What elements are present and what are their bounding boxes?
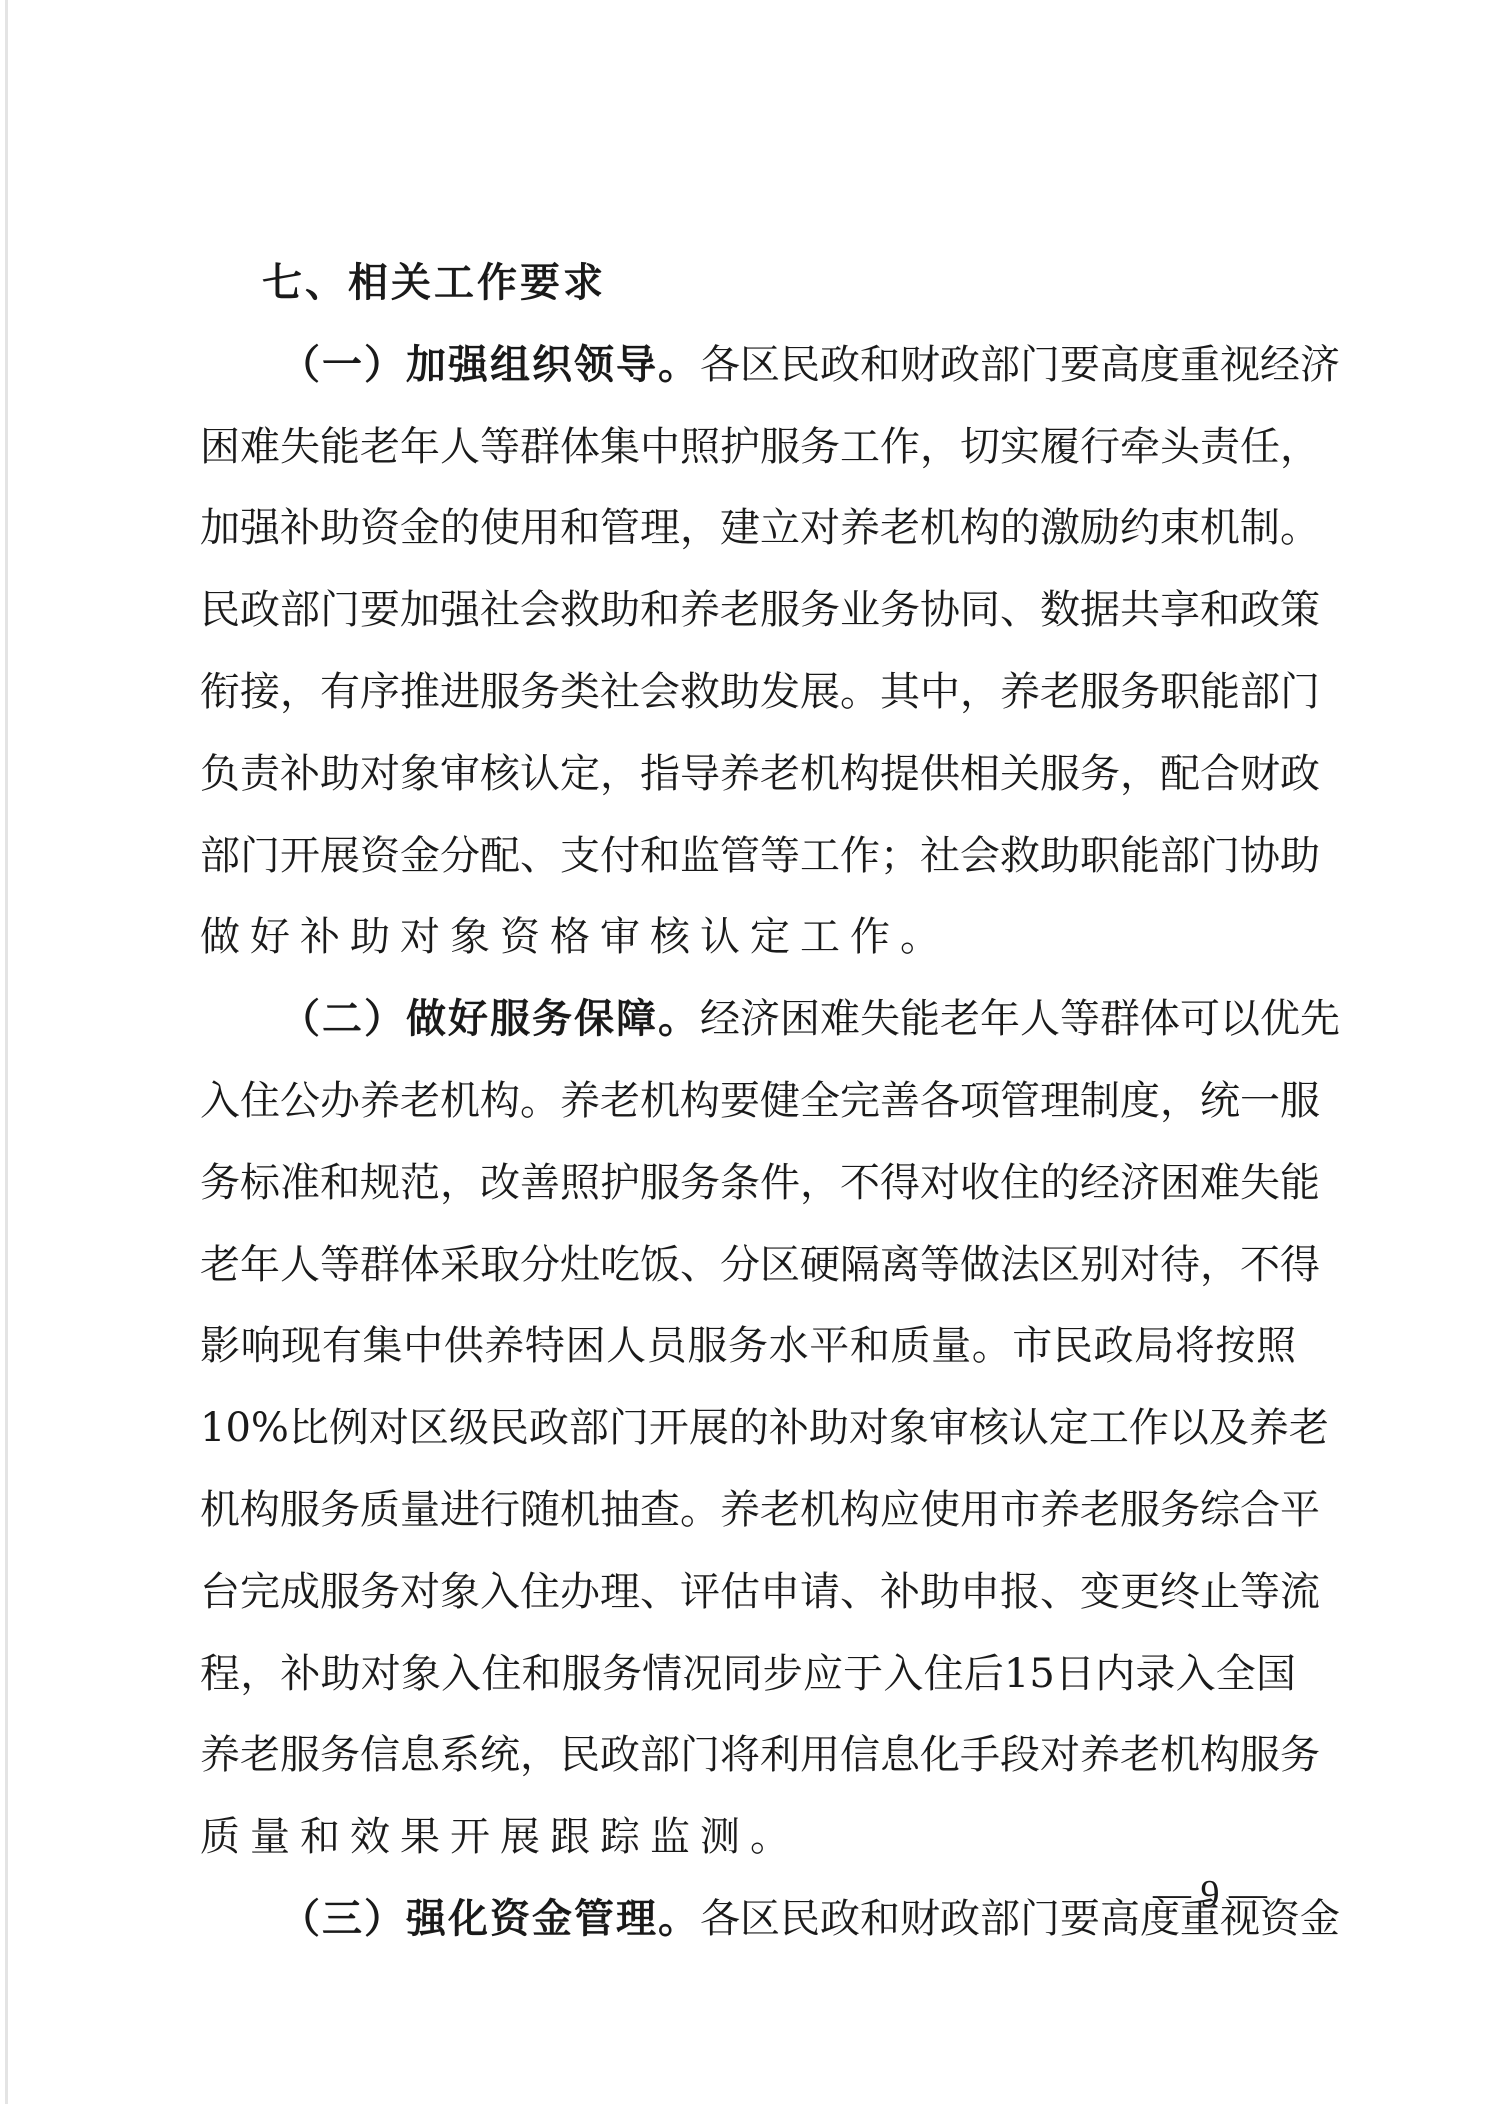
paragraph-2-line-1: （二）做好服务保障。经济困难失能老年人等群体可以优先 (200, 988, 1296, 1070)
paragraph-1-subheading: （一）加强组织领导。 (280, 342, 700, 388)
paragraph-2-subheading: （二）做好服务保障。 (280, 996, 700, 1042)
paragraph-1-line-1: （一）加强组织领导。各区民政和财政部门要高度重视经济 (200, 334, 1296, 416)
paragraph-2-line-2: 入住公办养老机构。养老机构要健全完善各项管理制度，统一服 (200, 1070, 1296, 1152)
paragraph-2-line-5: 影响现有集中供养特困人员服务水平和质量。市民政局将按照 (200, 1315, 1296, 1397)
paragraph-2-text: 经济困难失能老年人等群体可以优先 (700, 996, 1340, 1042)
section-heading: 七、相关工作要求 (200, 252, 1296, 334)
paragraph-3-subheading: （三）强化资金管理。 (280, 1896, 700, 1942)
paragraph-2-line-10: 养老服务信息系统，民政部门将利用信息化手段对养老机构服务 (200, 1724, 1296, 1806)
paragraph-2-line-8: 台完成服务对象入住办理、评估申请、补助申报、变更终止等流 (200, 1561, 1296, 1643)
paragraph-1-line-3: 加强补助资金的使用和管理，建立对养老机构的激励约束机制。 (200, 497, 1296, 579)
paragraph-2-line-7: 机构服务质量进行随机抽查。养老机构应使用市养老服务综合平 (200, 1479, 1296, 1561)
paragraph-1-line-7: 部门开展资金分配、支付和监管等工作；社会救助职能部门协助 (200, 825, 1296, 907)
paragraph-1-line-5: 衔接，有序推进服务类社会救助发展。其中，养老服务职能部门 (200, 661, 1296, 743)
page-number: — 9 — (1130, 1872, 1290, 1916)
paragraph-2-line-3: 务标准和规范，改善照护服务条件，不得对收住的经济困难失能 (200, 1152, 1296, 1234)
document-page: 七、相关工作要求 （一）加强组织领导。各区民政和财政部门要高度重视经济 困难失能… (200, 252, 1296, 1970)
paragraph-1-text: 各区民政和财政部门要高度重视经济 (700, 342, 1340, 388)
paragraph-1-line-8: 做好补助对象资格审核认定工作。 (200, 906, 1296, 988)
paragraph-2-line-6: 10%比例对区级民政部门开展的补助对象审核认定工作以及养老 (200, 1397, 1296, 1479)
paragraph-1-line-6: 负责补助对象审核认定，指导养老机构提供相关服务，配合财政 (200, 743, 1296, 825)
paragraph-1-line-2: 困难失能老年人等群体集中照护服务工作，切实履行牵头责任， (200, 416, 1296, 498)
paragraph-1-line-4: 民政部门要加强社会救助和养老服务业务协同、数据共享和政策 (200, 579, 1296, 661)
scan-edge-shadow (5, 0, 8, 2104)
paragraph-2-line-4: 老年人等群体采取分灶吃饭、分区硬隔离等做法区别对待，不得 (200, 1234, 1296, 1316)
paragraph-2-line-9: 程，补助对象入住和服务情况同步应于入住后15日内录入全国 (200, 1643, 1296, 1725)
